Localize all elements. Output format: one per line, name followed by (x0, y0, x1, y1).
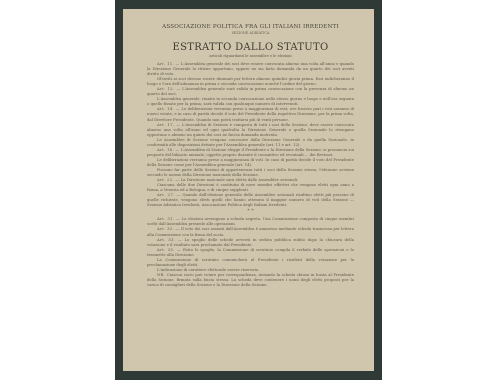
articles-group-a: Art. 11. — L'Assemblea generale dei soci… (147, 61, 354, 207)
article-paragraph: Art. 32. — Il voto dei soci assenti dall… (147, 226, 354, 236)
article-paragraph: La Commissione di scrutinio comunicherà … (147, 257, 354, 267)
document-subtitle: articoli riguardanti le assemblee e le e… (147, 54, 354, 59)
articles-group-b: Art. 31. — Le elezioni avvengono a sched… (147, 216, 354, 287)
article-text: Le Assemblee di Sezione vengono convocat… (147, 137, 354, 147)
document-title: ESTRATTO DALLO STATUTO (147, 42, 354, 54)
article-paragraph: Art. 18. — L'Assemblea di Sezione elegge… (147, 147, 354, 157)
article-paragraph: Art. 33. — Lo spoglio delle schede avver… (147, 237, 354, 247)
article-paragraph: Art. 11. — L'Assemblea generale dei soci… (147, 61, 354, 76)
article-paragraph: Art. 14. — Le deliberazioni verranno pre… (147, 106, 354, 121)
article-paragraph: Gl'inviti ai soci devono essere diramati… (147, 76, 354, 86)
article-paragraph: Art. 12. — L'Assemblea generale sarà val… (147, 86, 354, 96)
article-paragraph: NB. Ciascun socio può votare per corrisp… (147, 272, 354, 287)
article-paragraph: Ciascuna delle due Direzioni è costituit… (147, 182, 354, 192)
article-paragraph: Art. 27. — Quando dall'elezione generale… (147, 192, 354, 207)
article-paragraph: Le Assemblee di Sezione vengono convocat… (147, 137, 354, 147)
association-header: ASSOCIAZIONE POLITICA FRA GLI ITALIANI I… (147, 24, 354, 31)
article-paragraph: Possono far parte delle Sezioni di appar… (147, 167, 354, 177)
document-page: ASSOCIAZIONE POLITICA FRA GLI ITALIANI I… (123, 9, 374, 371)
article-paragraph: Art. 17. — L'Assemblea di Sezione è comp… (147, 122, 354, 137)
section-label: SEZIONE ADRIATICA (147, 31, 354, 36)
article-paragraph: Art. 35. — Fatto lo spoglio, la Commissi… (147, 247, 354, 257)
article-paragraph: Art. 31. — Le elezioni avvengono a sched… (147, 216, 354, 226)
article-text: La Commissione di scrutinio comunicherà … (147, 257, 354, 267)
article-text: Ciascun socio può votare per corrisponde… (147, 272, 354, 287)
article-text: Le deliberazioni verranno prese a maggio… (147, 157, 354, 167)
article-text: Gl'inviti ai soci devono essere diramati… (147, 76, 354, 86)
section-separator: * * (147, 207, 354, 216)
article-paragraph: Le deliberazioni verranno prese a maggio… (147, 157, 354, 167)
article-text: Ciascuna delle due Direzioni è costituit… (147, 182, 354, 192)
article-text: Possono far parte delle Sezioni di appar… (147, 167, 354, 177)
article-paragraph: L'Assemblea generale, riunita in seconda… (147, 96, 354, 106)
article-text: L'Assemblea generale, riunita in seconda… (147, 96, 354, 106)
